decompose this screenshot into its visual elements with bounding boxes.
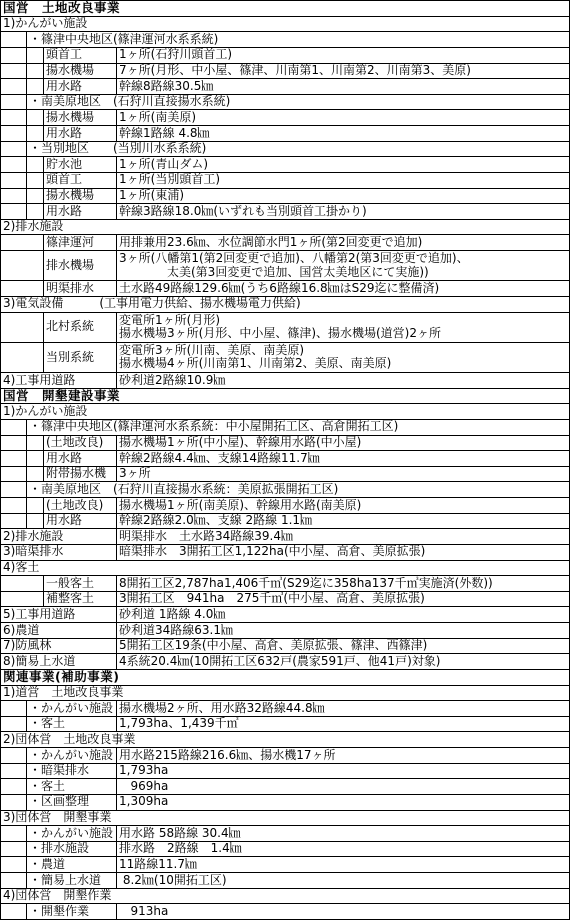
section-header-row: 国営 開墾建設事業 <box>1 389 569 405</box>
table-row: 用水路幹線2路線4.4㎞、支線14路線11.7㎞ <box>1 451 569 467</box>
table-row: 頭首工1ヶ所(当別頭首工) <box>1 173 569 189</box>
section-title: 国営 開墾建設事業 <box>1 389 569 404</box>
table-row: 一般客土8開拓工区2,787ha1,406千㎥(S29迄に358ha137千㎥実… <box>1 576 569 592</box>
indent-cell <box>1 514 26 529</box>
row-label: 頭首工 <box>43 48 116 63</box>
row-value-line: 砂利道 1路線 4.0㎞ <box>119 608 567 621</box>
group-title: ・南美原地区 (石狩川直接揚水系統) <box>26 95 569 110</box>
row-value-line: 8.2㎞(10開拓工区) <box>119 874 567 887</box>
table-row: 8)簡易上水道4系統20.4㎞(10開拓工区632戸(農家591戸、他41戸)対… <box>1 654 569 670</box>
indent-cell <box>1 79 26 94</box>
table-row: ・かんがい施設揚水機場2ヶ所、用水路32路線44.8㎞ <box>1 701 569 717</box>
project-summary-table: 国営 土地改良事業1)かんがい施設・篠津中央地区(篠津運河水系系統)頭首工1ヶ所… <box>0 0 570 920</box>
row-value: 明渠排水 土水路34路線39.4㎞ <box>116 529 569 544</box>
row-value-line: 揚水機場3ヶ所(月形、中小屋、篠津)、揚水機場(道営)2ヶ所 <box>119 327 567 340</box>
row-value: 暗渠排水 3開拓工区1,122ha(中小屋、高倉、美原拡張) <box>116 545 569 560</box>
indent-cell <box>1 498 26 513</box>
row-value: 幹線2路線2.0㎞、支線 2路線 1.1㎞ <box>116 514 569 529</box>
row-label: 4)工事用道路 <box>1 373 116 388</box>
row-value: 揚水機場2ヶ所、用水路32路線44.8㎞ <box>116 701 569 716</box>
indent-cell <box>1 764 26 779</box>
row-label: 一般客土 <box>43 576 116 591</box>
row-label: 補整客土 <box>43 592 116 607</box>
row-value-line: 913ha <box>119 905 567 918</box>
row-value: 7ヶ所(月形、中小屋、篠津、川南第1、川南第2、川南第3、美原) <box>116 64 569 79</box>
row-value: 1ヶ所(東浦) <box>116 189 569 204</box>
group-header-row: 2)団体営 土地改良事業 <box>1 732 569 748</box>
table-row: 用水路幹線8路線30.5㎞ <box>1 79 569 95</box>
table-row: 用水路幹線1路線 4.8㎞ <box>1 126 569 142</box>
indent-cell <box>26 110 43 125</box>
table-row: ・かんがい施設用水路 58路線 30.4㎞ <box>1 826 569 842</box>
indent-cell <box>1 189 26 204</box>
indent-cell <box>26 48 43 63</box>
row-label: 用水路 <box>43 79 116 94</box>
row-label: 用水路 <box>43 451 116 466</box>
group-title: 2)団体営 土地改良事業 <box>1 732 569 747</box>
group-header-row: 1)道営 土地改良事業 <box>1 686 569 702</box>
table-row: 頭首工1ヶ所(石狩川頭首工) <box>1 48 569 64</box>
table-row: 用水路幹線2路線2.0㎞、支線 2路線 1.1㎞ <box>1 514 569 530</box>
row-value-line: 用排兼用23.6㎞、水位調節水門1ヶ所(第2回変更で追加) <box>119 236 567 249</box>
row-value-line: 5開拓工区19条(中小屋、高倉、美原拡張、篠津、西篠津) <box>119 639 567 652</box>
indent-cell <box>1 173 26 188</box>
row-value: 8.2㎞(10開拓工区) <box>116 873 569 888</box>
section-header-row: 国営 土地改良事業 <box>1 1 569 17</box>
table-row: 3)暗渠排水暗渠排水 3開拓工区1,122ha(中小屋、高倉、美原拡張) <box>1 545 569 561</box>
table-row: 5)工事用道路砂利道 1路線 4.0㎞ <box>1 607 569 623</box>
row-value-line: 揚水機場2ヶ所、用水路32路線44.8㎞ <box>119 702 567 715</box>
group-header-row: 4)団体営 開墾作業 <box>1 889 569 905</box>
row-value: 1ヶ所(南美原) <box>116 110 569 125</box>
row-value-line: 969ha <box>119 780 567 793</box>
row-label: 6)農道 <box>1 623 116 638</box>
row-label: ・区画整理 <box>26 795 116 810</box>
row-value: 3開拓工区 941ha 275千㎥(中小屋、高倉、美原拡張) <box>116 592 569 607</box>
row-label: 排水機場 <box>43 251 116 280</box>
row-label: ・暗渠排水 <box>26 764 116 779</box>
row-value-line: 太美(第3回変更で追加、国営太美地区にて実施)) <box>119 266 567 279</box>
row-value-line: 幹線2路線2.0㎞、支線 2路線 1.1㎞ <box>119 514 567 527</box>
row-label: 明渠排水 <box>43 281 116 296</box>
row-label: ・かんがい施設 <box>26 826 116 841</box>
table-row: 2)排水施設明渠排水 土水路34路線39.4㎞ <box>1 529 569 545</box>
row-value: 砂利道 1路線 4.0㎞ <box>116 607 569 622</box>
row-value: 幹線1路線 4.8㎞ <box>116 126 569 141</box>
row-label: 用水路 <box>43 126 116 141</box>
group-title: 1)道営 土地改良事業 <box>1 686 569 701</box>
table-row: ・簡易上水道 8.2㎞(10開拓工区) <box>1 873 569 889</box>
group-header-row: 1)かんがい施設 <box>1 404 569 420</box>
indent-cell <box>1 313 43 342</box>
row-label: 3)暗渠排水 <box>1 545 116 560</box>
row-value-line: 1ヶ所(東浦) <box>119 189 567 202</box>
indent-cell <box>1 235 43 250</box>
row-value-line: 幹線1路線 4.8㎞ <box>119 127 567 140</box>
row-value-line: 排水路 2路線 1.4㎞ <box>119 842 567 855</box>
row-label: 揚水機場 <box>43 64 116 79</box>
row-label: 当別系統 <box>43 343 116 372</box>
indent-cell <box>26 204 43 219</box>
indent-cell <box>1 281 43 296</box>
indent-cell <box>1 795 26 810</box>
table-row: ・農道11路線11.7㎞ <box>1 857 569 873</box>
group-title: 3)団体営 開墾事業 <box>1 811 569 826</box>
row-value-line: 3ヶ所 <box>119 467 567 480</box>
table-row: 揚水機場1ヶ所(東浦) <box>1 189 569 205</box>
group-title: 4)団体営 開墾作業 <box>1 889 569 904</box>
row-value: 揚水機場1ヶ所(南美原)、幹線用水路(南美原) <box>116 498 569 513</box>
row-value: 11路線11.7㎞ <box>116 857 569 872</box>
row-value: 969ha <box>116 779 569 794</box>
row-value: 1,793ha <box>116 764 569 779</box>
row-value: 用水路215路線216.6㎞、揚水機17ヶ所 <box>116 748 569 763</box>
row-value: 変電所1ヶ所(月形)揚水機場3ヶ所(月形、中小屋、篠津)、揚水機場(道営)2ヶ所 <box>116 313 569 342</box>
row-label: 7)防風林 <box>1 639 116 654</box>
row-label: 8)簡易上水道 <box>1 654 116 669</box>
indent-cell <box>1 826 26 841</box>
row-value-line: 幹線2路線4.4㎞、支線14路線11.7㎞ <box>119 452 567 465</box>
row-label: 貯水池 <box>43 157 116 172</box>
row-value: 8開拓工区2,787ha1,406千㎥(S29迄に358ha137千㎥実施済(外… <box>116 576 569 591</box>
indent-cell <box>1 126 26 141</box>
indent-cell <box>1 204 26 219</box>
group-title: ・当別地区 (当別川水系系統) <box>26 142 569 157</box>
row-value: 揚水機場1ヶ所(中小屋)、幹線用水路(中小屋) <box>116 436 569 451</box>
row-label: 5)工事用道路 <box>1 607 116 622</box>
table-row: ・かんがい施設用水路215路線216.6㎞、揚水機17ヶ所 <box>1 748 569 764</box>
group-title: ・篠津中央地区(篠津運河水系系統) <box>26 32 569 47</box>
table-row: ・南美原地区 (石狩川直接揚水系統：美原拡張開拓工区) <box>1 482 569 498</box>
indent-cell <box>26 126 43 141</box>
table-row: (土地改良)揚水機場1ヶ所(南美原)、幹線用水路(南美原) <box>1 498 569 514</box>
indent-cell <box>26 436 43 451</box>
indent-cell <box>1 701 26 716</box>
table-row: 篠津運河用排兼用23.6㎞、水位調節水門1ヶ所(第2回変更で追加) <box>1 235 569 251</box>
row-value: 1ヶ所(青山ダム) <box>116 157 569 172</box>
row-label: 北村系統 <box>43 313 116 342</box>
indent-cell <box>1 142 26 157</box>
indent-cell <box>1 482 26 497</box>
row-value-line: 砂利道2路線10.9㎞ <box>119 374 567 387</box>
group-title: 1)かんがい施設 <box>1 404 569 419</box>
group-title: ・南美原地区 (石狩川直接揚水系統：美原拡張開拓工区) <box>26 482 569 497</box>
row-value: 用水路 58路線 30.4㎞ <box>116 826 569 841</box>
row-value-line: 用水路 58路線 30.4㎞ <box>119 827 567 840</box>
row-label: ・排水施設 <box>26 842 116 857</box>
table-row: 揚水機場7ヶ所(月形、中小屋、篠津、川南第1、川南第2、川南第3、美原) <box>1 64 569 80</box>
indent-cell <box>1 48 26 63</box>
row-value: 砂利道2路線10.9㎞ <box>116 373 569 388</box>
row-value-line: 1,793ha、1,439千㎥ <box>119 717 567 730</box>
row-value-line: 揚水機場1ヶ所(南美原)、幹線用水路(南美原) <box>119 499 567 512</box>
row-label: ・かんがい施設 <box>26 748 116 763</box>
row-value-line: 1,793ha <box>119 764 567 777</box>
indent-cell <box>26 173 43 188</box>
group-header-row: 3)電気設備 (工事用電力供給、揚水機場電力供給) <box>1 297 569 313</box>
table-row: ・当別地区 (当別川水系系統) <box>1 142 569 158</box>
indent-cell <box>1 576 43 591</box>
row-label: ・客土 <box>26 779 116 794</box>
table-row: 7)防風林5開拓工区19条(中小屋、高倉、美原拡張、篠津、西篠津) <box>1 639 569 655</box>
table-row: 北村系統変電所1ヶ所(月形)揚水機場3ヶ所(月形、中小屋、篠津)、揚水機場(道営… <box>1 313 569 343</box>
row-value-line: 揚水機場4ヶ所(川南第1、川南第2、美原、南美原) <box>119 357 567 370</box>
row-label: 篠津運河 <box>43 235 116 250</box>
table-row: 6)農道砂利道34路線63.1㎞ <box>1 623 569 639</box>
table-row: (土地改良)揚水機場1ヶ所(中小屋)、幹線用水路(中小屋) <box>1 436 569 452</box>
indent-cell <box>1 857 26 872</box>
indent-cell <box>1 842 26 857</box>
group-title: ・篠津中央地区(篠津運河水系系統：中小屋開拓工区、高倉開拓工区) <box>26 420 569 435</box>
table-row: ・篠津中央地区(篠津運河水系系統：中小屋開拓工区、高倉開拓工区) <box>1 420 569 436</box>
table-row: 附帯揚水機3ヶ所 <box>1 467 569 483</box>
table-row: ・篠津中央地区(篠津運河水系系統) <box>1 32 569 48</box>
row-value-line: 1,309ha <box>119 795 567 808</box>
indent-cell <box>1 904 26 919</box>
indent-cell <box>1 95 26 110</box>
indent-cell <box>26 514 43 529</box>
row-label: (土地改良) <box>43 498 116 513</box>
indent-cell <box>1 420 26 435</box>
row-label: ・かんがい施設 <box>26 701 116 716</box>
table-row: ・排水施設排水路 2路線 1.4㎞ <box>1 842 569 858</box>
indent-cell <box>1 64 26 79</box>
table-row: ・南美原地区 (石狩川直接揚水系統) <box>1 95 569 111</box>
indent-cell <box>26 189 43 204</box>
row-value: 幹線8路線30.5㎞ <box>116 79 569 94</box>
row-value-line: 用水路215路線216.6㎞、揚水機17ヶ所 <box>119 749 567 762</box>
table-row: ・開墾作業 913ha <box>1 904 569 919</box>
indent-cell <box>1 717 26 732</box>
row-label: ・農道 <box>26 857 116 872</box>
document-page: 国営 土地改良事業1)かんがい施設・篠津中央地区(篠津運河水系系統)頭首工1ヶ所… <box>0 0 570 920</box>
row-value-line: 1ヶ所(青山ダム) <box>119 158 567 171</box>
row-value-line: 幹線3路線18.0㎞(いずれも当別頭首工掛かり) <box>119 205 567 218</box>
row-value-line: 1ヶ所(石狩川頭首工) <box>119 48 567 61</box>
table-row: ・暗渠排水1,793ha <box>1 764 569 780</box>
row-label: ・簡易上水道 <box>26 873 116 888</box>
row-value-line: 3ヶ所(八幡第1(第2回変更で追加)、八幡第2(第3回変更で追加)、 <box>119 252 567 265</box>
indent-cell <box>1 748 26 763</box>
indent-cell <box>1 32 26 47</box>
table-row: 当別系統変電所3ヶ所(川南、美原、南美原)揚水機場4ヶ所(川南第1、川南第2、美… <box>1 343 569 373</box>
row-value-line: 砂利道34路線63.1㎞ <box>119 624 567 637</box>
indent-cell <box>26 498 43 513</box>
row-label: ・客土 <box>26 717 116 732</box>
table-row: 揚水機場1ヶ所(南美原) <box>1 110 569 126</box>
row-value: 1ヶ所(当別頭首工) <box>116 173 569 188</box>
indent-cell <box>1 779 26 794</box>
row-value-line: 11路線11.7㎞ <box>119 858 567 871</box>
row-value-line: 1ヶ所(当別頭首工) <box>119 173 567 186</box>
row-value-line: 4系統20.4㎞(10開拓工区632戸(農家591戸、他41戸)対象) <box>119 655 567 668</box>
table-row: ・区画整理1,309ha <box>1 795 569 811</box>
indent-cell <box>26 64 43 79</box>
row-label: 2)排水施設 <box>1 529 116 544</box>
row-value: 3ヶ所 <box>116 467 569 482</box>
table-row: 4)工事用道路砂利道2路線10.9㎞ <box>1 373 569 389</box>
table-row: 明渠排水土水路49路線129.6㎞(うち6路線16.8㎞はS29迄に整備済) <box>1 281 569 297</box>
row-label: (土地改良) <box>43 436 116 451</box>
row-value: 5開拓工区19条(中小屋、高倉、美原拡張、篠津、西篠津) <box>116 639 569 654</box>
row-value-line: 8開拓工区2,787ha1,406千㎥(S29迄に358ha137千㎥実施済(外… <box>119 577 567 590</box>
indent-cell <box>1 451 26 466</box>
row-value: 排水路 2路線 1.4㎞ <box>116 842 569 857</box>
table-row: 貯水池1ヶ所(青山ダム) <box>1 157 569 173</box>
row-value: 土水路49路線129.6㎞(うち6路線16.8㎞はS29迄に整備済) <box>116 281 569 296</box>
row-value: 用排兼用23.6㎞、水位調節水門1ヶ所(第2回変更で追加) <box>116 235 569 250</box>
row-value: 4系統20.4㎞(10開拓工区632戸(農家591戸、他41戸)対象) <box>116 654 569 669</box>
group-title: 4)客土 <box>1 561 569 576</box>
indent-cell <box>1 251 43 280</box>
group-header-row: 3)団体営 開墾事業 <box>1 811 569 827</box>
row-label: 頭首工 <box>43 173 116 188</box>
row-value: 幹線2路線4.4㎞、支線14路線11.7㎞ <box>116 451 569 466</box>
row-value: 913ha <box>116 904 569 919</box>
row-value: 1,309ha <box>116 795 569 810</box>
row-value-line: 1ヶ所(南美原) <box>119 111 567 124</box>
row-label: 用水路 <box>43 204 116 219</box>
row-label: 揚水機場 <box>43 189 116 204</box>
indent-cell <box>26 451 43 466</box>
indent-cell <box>1 343 43 372</box>
row-value: 変電所3ヶ所(川南、美原、南美原)揚水機場4ヶ所(川南第1、川南第2、美原、南美… <box>116 343 569 372</box>
group-header-row: 4)客土 <box>1 561 569 577</box>
row-value: 砂利道34路線63.1㎞ <box>116 623 569 638</box>
row-value: 1ヶ所(石狩川頭首工) <box>116 48 569 63</box>
table-row: 用水路幹線3路線18.0㎞(いずれも当別頭首工掛かり) <box>1 204 569 220</box>
group-title: 3)電気設備 (工事用電力供給、揚水機場電力供給) <box>1 297 569 312</box>
indent-cell <box>26 157 43 172</box>
table-row: 排水機場3ヶ所(八幡第1(第2回変更で追加)、八幡第2(第3回変更で追加)、 太… <box>1 251 569 281</box>
section-header-row: 関連事業(補助事業) <box>1 670 569 686</box>
indent-cell <box>1 467 26 482</box>
row-value-line: 明渠排水 土水路34路線39.4㎞ <box>119 530 567 543</box>
row-value: 幹線3路線18.0㎞(いずれも当別頭首工掛かり) <box>116 204 569 219</box>
indent-cell <box>26 467 43 482</box>
row-label: ・開墾作業 <box>26 904 116 919</box>
table-row: ・客土 969ha <box>1 779 569 795</box>
row-label: 揚水機場 <box>43 110 116 125</box>
group-title: 1)かんがい施設 <box>1 17 569 32</box>
row-value-line: 暗渠排水 3開拓工区1,122ha(中小屋、高倉、美原拡張) <box>119 545 567 558</box>
row-value: 3ヶ所(八幡第1(第2回変更で追加)、八幡第2(第3回変更で追加)、 太美(第3… <box>116 251 569 280</box>
indent-cell <box>1 592 43 607</box>
row-value-line: 7ヶ所(月形、中小屋、篠津、川南第1、川南第2、川南第3、美原) <box>119 64 567 77</box>
row-value-line: 幹線8路線30.5㎞ <box>119 80 567 93</box>
table-row: ・客土1,793ha、1,439千㎥ <box>1 717 569 733</box>
indent-cell <box>1 436 26 451</box>
group-header-row: 2)排水施設 <box>1 220 569 236</box>
row-value-line: 3開拓工区 941ha 275千㎥(中小屋、高倉、美原拡張) <box>119 592 567 605</box>
indent-cell <box>26 79 43 94</box>
indent-cell <box>1 157 26 172</box>
row-value: 1,793ha、1,439千㎥ <box>116 717 569 732</box>
row-value-line: 揚水機場1ヶ所(中小屋)、幹線用水路(中小屋) <box>119 436 567 449</box>
row-label: 用水路 <box>43 514 116 529</box>
section-title: 関連事業(補助事業) <box>1 670 569 685</box>
table-row: 補整客土3開拓工区 941ha 275千㎥(中小屋、高倉、美原拡張) <box>1 592 569 608</box>
row-label: 附帯揚水機 <box>43 467 116 482</box>
group-title: 2)排水施設 <box>1 220 569 235</box>
section-title: 国営 土地改良事業 <box>1 1 569 16</box>
group-header-row: 1)かんがい施設 <box>1 17 569 33</box>
indent-cell <box>1 110 26 125</box>
indent-cell <box>1 873 26 888</box>
row-value-line: 土水路49路線129.6㎞(うち6路線16.8㎞はS29迄に整備済) <box>119 282 567 295</box>
